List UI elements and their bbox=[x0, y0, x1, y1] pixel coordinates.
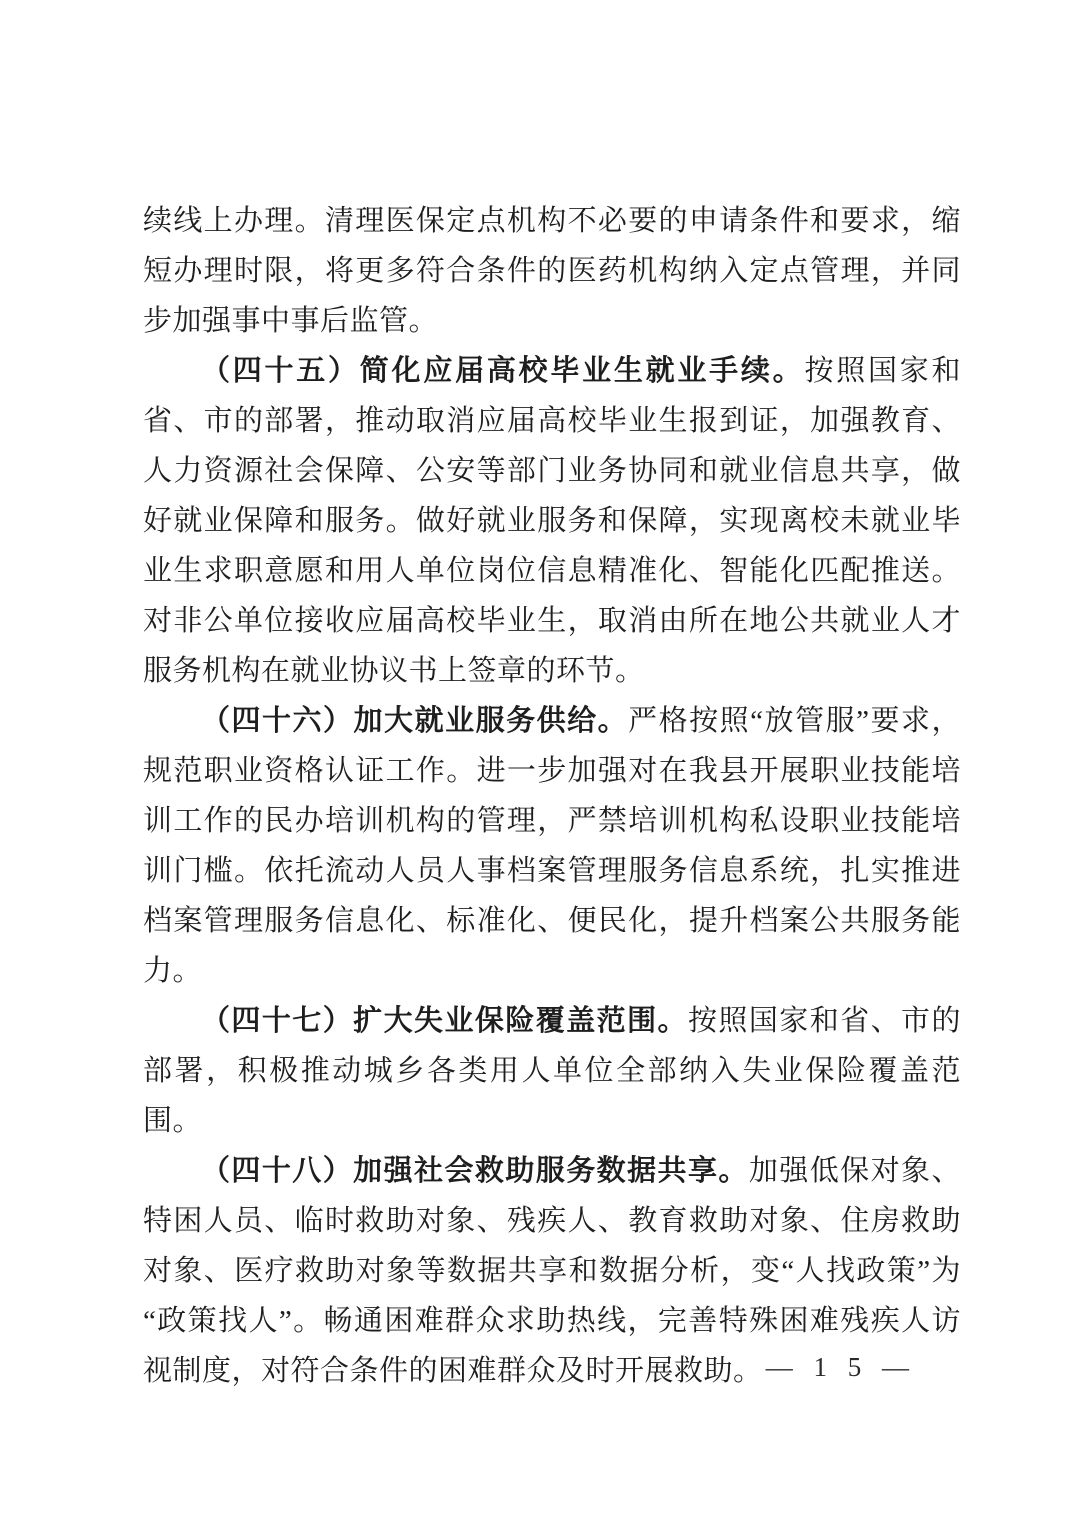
paragraph-lead: （四十七）扩大失业保险覆盖范围。 bbox=[201, 1005, 688, 1037]
paragraph: 续线上办理。清理医保定点机构不必要的申请条件和要求，缩短办理时限，将更多符合条件… bbox=[143, 196, 961, 346]
page-number: — 1 5 — bbox=[766, 1352, 916, 1383]
paragraph-lead: （四十六）加大就业服务供给。 bbox=[201, 705, 628, 737]
paragraph: （四十六）加大就业服务供给。严格按照“放管服”要求，规范职业资格认证工作。进一步… bbox=[143, 696, 961, 996]
document-page: 续线上办理。清理医保定点机构不必要的申请条件和要求，缩短办理时限，将更多符合条件… bbox=[0, 0, 1074, 1520]
paragraph-lead: （四十五）简化应届高校毕业生就业手续。 bbox=[201, 355, 804, 387]
paragraph-text: 续线上办理。清理医保定点机构不必要的申请条件和要求，缩短办理时限，将更多符合条件… bbox=[143, 205, 961, 337]
paragraph-text: 按照国家和省、市的部署，推动取消应届高校毕业生报到证，加强教育、人力资源社会保障… bbox=[143, 355, 961, 687]
paragraph: （四十五）简化应届高校毕业生就业手续。按照国家和省、市的部署，推动取消应届高校毕… bbox=[143, 346, 961, 696]
paragraph-text: 严格按照“放管服”要求，规范职业资格认证工作。进一步加强对在我县开展职业技能培训… bbox=[143, 705, 961, 987]
paragraph-lead: （四十八）加强社会救助服务数据共享。 bbox=[201, 1155, 749, 1187]
paragraph: （四十七）扩大失业保险覆盖范围。按照国家和省、市的部署，积极推动城乡各类用人单位… bbox=[143, 996, 961, 1146]
document-body: 续线上办理。清理医保定点机构不必要的申请条件和要求，缩短办理时限，将更多符合条件… bbox=[143, 196, 961, 1396]
